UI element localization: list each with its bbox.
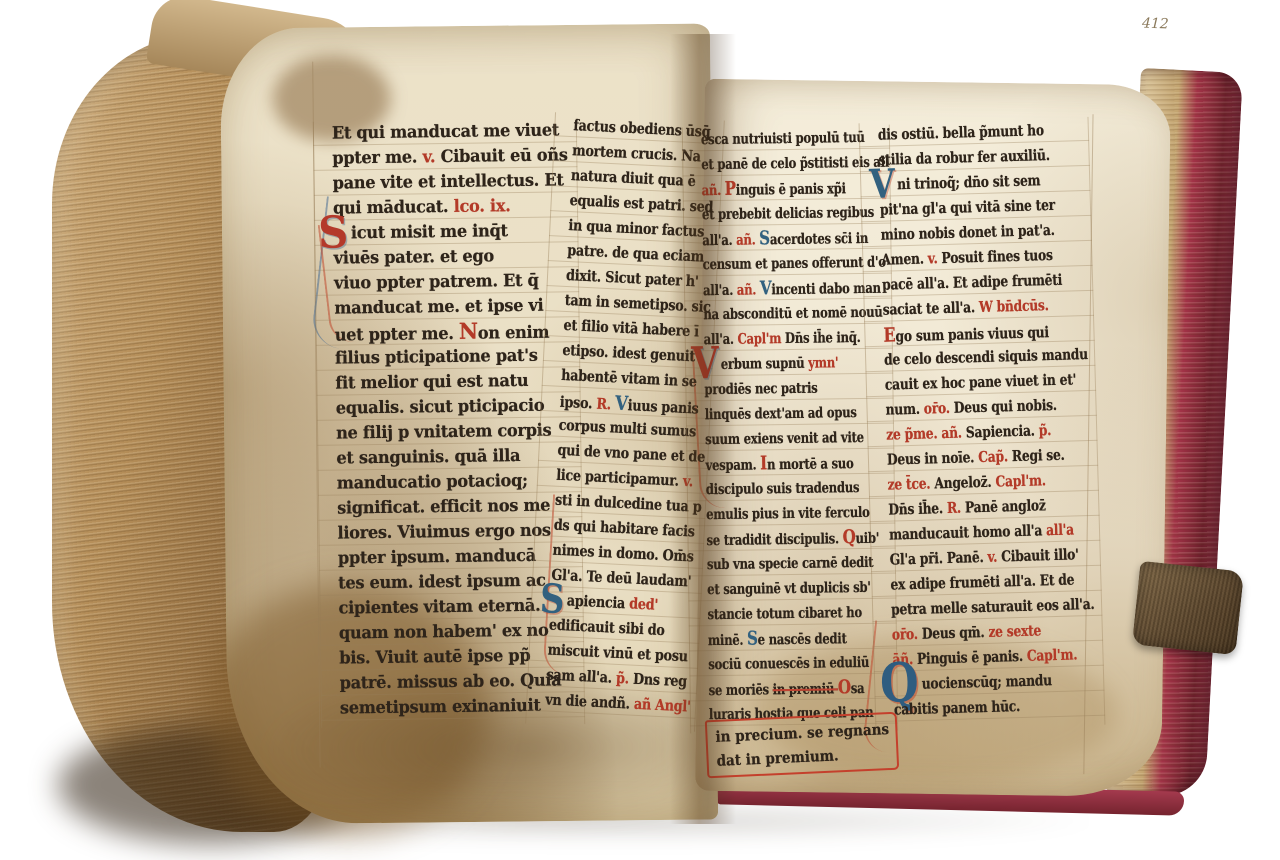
text-run: Amen. (881, 249, 928, 268)
folio-number: 412 (1142, 16, 1169, 33)
text-run: v. (422, 147, 440, 167)
text-run: ex adipe frumēti all'a. Et de (890, 570, 1074, 593)
text-run: significat. efficit nos me (337, 496, 550, 519)
text-run: Regi se. (1012, 446, 1065, 465)
text-run: lco. ix. (454, 196, 511, 217)
text-run: uet ppter me. (335, 324, 459, 346)
manuscript-line: uet ppter me. Non enim (335, 318, 567, 346)
text-run: Gl'a. Te deū laudam' (551, 566, 692, 591)
text-run: ded' (629, 594, 659, 613)
right-column-2: dis ostiū. bella p̃munt hostilia da robu… (859, 117, 1106, 731)
manuscript-line: na absconditū et nomē nouū (703, 300, 854, 327)
text-run: Capl'm (737, 330, 785, 348)
text-run: Q (880, 677, 919, 688)
manuscript-line: censum et panes offerunt d'o (703, 250, 854, 277)
text-run: V (691, 359, 718, 369)
manuscript-line: Et qui manducat me viuet (332, 118, 564, 146)
text-run: se tradidit discipulis. (706, 530, 842, 549)
text-run: qui māducat. (333, 197, 454, 219)
text-run: on enim (478, 323, 550, 344)
text-run: S (540, 594, 565, 605)
text-run: cabitis panem hūc. (894, 697, 1021, 719)
text-run: tes eum. idest ipsum ac (338, 571, 546, 594)
manuscript-line: sociū conuescēs in eduliū (708, 650, 859, 677)
text-run: sa (851, 680, 865, 697)
text-run: all'a (1046, 520, 1074, 539)
text-run: pane vite et intellectus. Et (333, 170, 564, 193)
text-run: erbum supnū (721, 355, 809, 373)
text-run: Q (842, 526, 855, 548)
text-run: W bn̄dcūs. (979, 296, 1049, 316)
text-run: lice participamur. (556, 466, 683, 490)
text-run: dat in premium. (716, 746, 839, 770)
text-run: n mortē a suo (767, 455, 854, 473)
text-run: Deus qm̄. (922, 623, 989, 643)
text-run: stilia da robur fer auxiliū. (878, 146, 1050, 169)
text-run: manducatio potacioq; (337, 471, 528, 494)
text-run: Et qui manducat me viuet (332, 120, 559, 143)
manuscript-line: Verbum supnū ymn' (704, 350, 855, 377)
text-run: ni trinoq̃; dn̄o sit sem (897, 171, 1041, 193)
text-run: natura diuit qua ē (571, 166, 696, 190)
text-run: v. (928, 249, 942, 267)
text-run: edificauit sibi do (549, 616, 665, 640)
text-run: ne filij p vnitatem corpis (336, 421, 551, 444)
text-run: p̃. (1038, 421, 1051, 439)
manuscript-line: fit melior qui est natu (335, 368, 567, 396)
text-run: apiencia (566, 591, 629, 612)
text-run: minē. (708, 632, 747, 650)
manuscript-line: se tradidit discipulis. Quib' (706, 525, 857, 552)
text-run: icut misit me inq̄t (351, 221, 508, 243)
text-run: filius pticipatione pat's (335, 346, 538, 369)
manuscript-line: sub vna specie carnē dedit (707, 550, 858, 577)
text-run: equalis. sicut pticipacio (336, 396, 545, 419)
manuscript-line: all'a. Capl'm Dn̄s ih̄e inq̄. (704, 325, 855, 352)
text-run: O (838, 676, 851, 698)
text-run: esca nutriuisti populū tuū (701, 129, 865, 148)
manuscript-line: añ. Pinguis ē panis xp̃i (701, 175, 852, 202)
manuscript-line: manducatio potacioq; (337, 468, 569, 496)
text-run: S (318, 228, 348, 238)
manuscript-line: suum exiens venit ad vite (705, 425, 856, 452)
text-run: pit'na gl'a qui vitā sine ter (880, 196, 1055, 219)
manuscript-line: minē. Se nascēs dedit (708, 625, 859, 652)
text-run: sociū conuescēs in eduliū (708, 654, 869, 673)
manuscript-line: ppter me. v. Cibauit eū oñs (332, 143, 564, 171)
text-run: R. (596, 395, 616, 414)
text-run: de celo descendi siquis mandu (884, 345, 1088, 369)
manuscript-line: manducat me. et ipse vi (334, 293, 566, 321)
manuscript-line: equalis. sicut pticipacio (336, 393, 568, 421)
text-run: Dn̄s ih̄e. (888, 499, 947, 519)
scribal-correction-box: in precium. se regnansdat in premium. (705, 712, 899, 779)
manuscript-photograph: Et qui manducat me viuetppter me. v. Cib… (0, 0, 1280, 860)
manuscript-line: et sanguinē vt duplicis sb' (707, 575, 858, 602)
text-run: ze t̄ce. (887, 474, 934, 493)
text-run: prodiēs nec patris (704, 380, 817, 399)
text-run: miscuit vinū et posu (547, 641, 688, 666)
text-run: V (760, 277, 772, 299)
text-run: qui de vno pane et de (557, 441, 705, 466)
text-run: inguis ē panis xp̃i (736, 180, 846, 199)
text-run: v. (987, 548, 1001, 566)
text-run: etipso. idest genuit (562, 341, 695, 365)
manuscript-line: esca nutriuisti populū tuū (701, 125, 852, 152)
text-run: corpus multi sumus (558, 416, 696, 441)
manuscript-line: discipulo suis tradendus (706, 475, 857, 502)
text-run: habentē vitam in se (561, 366, 697, 391)
text-run: Sapiencia. (966, 421, 1039, 441)
manuscript-line: linquēs dext'am ad opus (705, 400, 856, 427)
text-run: E (883, 323, 896, 346)
text-run: Pinguis ē panis. (917, 647, 1027, 668)
text-run: viuo ppter patrem. Et q̄ (334, 271, 539, 294)
text-run: cipientes vitam eternā. (338, 596, 540, 619)
text-run: mino nobis donet in pat'a. (880, 221, 1054, 244)
manuscript-line: vn die andñ. añ Angl' (545, 687, 674, 718)
text-run: quam non habem' ex no (339, 621, 549, 644)
text-run: uocienscūq; mandu (921, 671, 1052, 693)
text-run: discipulo suis tradendus (706, 479, 860, 498)
text-run: go sum panis viuus qui (895, 323, 1049, 345)
text-run: sam all'a. (546, 665, 616, 686)
text-run: V (869, 179, 894, 190)
text-run: S (747, 627, 758, 649)
manuscript-line: et panē de celo p̃stitisti eis all'a. (701, 150, 852, 177)
text-run: sub vna specie carnē dedit (707, 554, 874, 573)
text-run: manducauit homo all'a (889, 521, 1047, 543)
text-run: num. (885, 400, 924, 419)
text-run: ipso. (559, 393, 596, 413)
text-run: ppter me. (332, 147, 422, 168)
manuscript-line: all'a. añ. Vincenti dabo man (703, 275, 854, 302)
text-run: manducat me. et ipse vi (334, 296, 543, 319)
text-run: N (459, 319, 478, 345)
manuscript-line: et prebebit delicias regibus (702, 200, 853, 227)
text-run: censum et panes offerunt d'o (703, 254, 886, 274)
text-run: semetipsum exinaniuit (340, 696, 541, 719)
manuscript-line: et sanguinis. quā illa (336, 443, 568, 471)
text-run: añ. (736, 231, 759, 248)
text-run: et sanguinis. quā illa (336, 446, 520, 469)
text-run: R. (947, 499, 966, 517)
text-run: Capl'm. (1027, 645, 1078, 664)
text-run: Dn̄s ih̄e inq̄. (785, 329, 861, 347)
text-run: Cap̃. (978, 447, 1012, 466)
text-run: or̄o. (924, 399, 954, 418)
text-run: et filio vitā habere ī (563, 316, 699, 341)
manuscript-line: filius pticipatione pat's (335, 343, 567, 371)
text-run: cauit ex hoc pane viuet in et' (885, 370, 1077, 393)
text-run: acerdotes sc̄i in (770, 230, 869, 248)
text-run: all'a. (702, 232, 736, 249)
text-run: ppter ipsum. manducā (338, 546, 536, 569)
text-run: Gl'a pr̄i. Panē. (889, 548, 987, 569)
text-run: ymn' (808, 354, 838, 371)
manuscript-line: Sicut misit me inq̄t (333, 218, 565, 246)
text-run: V (615, 392, 629, 416)
text-run: sti in dulcedine tua p (555, 491, 702, 516)
text-run: fit melior qui est natu (335, 371, 528, 394)
manuscript-line: se moriēs in premiū Osa (708, 675, 859, 702)
text-run: vn die andñ. (545, 690, 634, 712)
manuscript-line: qui māducat. lco. ix. (333, 193, 565, 221)
text-run: P (725, 178, 736, 200)
text-run: petra melle saturauit eos all'a. (891, 595, 1095, 619)
text-run: et sanguinē vt duplicis sb' (707, 579, 871, 598)
manuscript-line: pane vite et intellectus. Et (332, 168, 564, 196)
text-run: p̃. (616, 669, 634, 688)
manuscript-line: cabitis panem hūc. (894, 693, 1067, 723)
manuscript-line: viuēs pater. et ego (334, 243, 566, 271)
text-run: añ. (702, 182, 725, 199)
manuscript-line: vespam. In mortē a suo (705, 450, 856, 477)
text-run: ze sexte (988, 621, 1041, 640)
manuscript-line: ne filij p vnitatem corpis (336, 418, 568, 446)
text-run: Dns reg (633, 670, 688, 691)
text-run: se moriēs (709, 681, 773, 699)
text-run: vespam. (705, 456, 760, 474)
text-run: ds qui habitare facis (553, 516, 695, 541)
text-run: e nascēs dedit (758, 630, 847, 648)
text-run: liores. Viuimus ergo nos (337, 521, 550, 544)
text-run: Panē angloz̄ (965, 496, 1046, 516)
text-run: nimes in domo. Om̄s (552, 541, 694, 566)
text-run: S (759, 227, 770, 249)
text-run: in premiū (773, 680, 838, 698)
text-run: emulis pius in vite ferculo (706, 504, 870, 523)
text-run: Deus in noīe. (887, 448, 979, 469)
text-run: Deus qui nobis. (954, 396, 1058, 417)
text-run: pacē all'a. Et adipe frumēti (882, 271, 1063, 294)
text-run: linquēs dext'am ad opus (705, 404, 857, 423)
manuscript-line: all'a. añ. Sacerdotes sc̄i in (702, 225, 853, 252)
leather-clasp-strap (1132, 561, 1244, 655)
text-run: et prebebit delicias regibus (702, 204, 874, 223)
text-run: añ. (737, 281, 760, 298)
text-run: Cibauit eū oñs (441, 145, 568, 167)
text-run: suum exiens venit ad vite (705, 429, 864, 448)
text-run: Capl'm. (995, 471, 1046, 490)
manuscript-line: viuo ppter patrem. Et q̄ (334, 268, 566, 296)
text-run: or̄o. (892, 625, 922, 644)
text-run: stancie totum cibaret ho (707, 604, 862, 623)
text-run: all'a. (703, 282, 737, 299)
text-run: Cibauit illo' (1001, 545, 1079, 565)
text-run: dixit. Sicut pater h' (566, 266, 699, 290)
text-run: dis ostiū. bella p̃munt ho (878, 121, 1044, 144)
text-run: saciat te all'a. (883, 298, 980, 319)
manuscript-line: prodiēs nec patris (704, 375, 855, 402)
text-run: añ Angl' (634, 695, 692, 716)
text-run: bis. Viuit autē ipse pp̃ (339, 646, 530, 669)
text-run: Angeloz̄. (934, 473, 996, 493)
text-run: viuēs pater. et ego (334, 246, 495, 268)
text-run: ze p̃me. añ. (886, 423, 966, 443)
manuscript-line: stancie totum cibaret ho (707, 600, 858, 627)
manuscript-line: emulis pius in vite ferculo (706, 500, 857, 527)
text-run: Posuit fines tuos (941, 246, 1053, 267)
text-run: na absconditū et nomē nouū (703, 304, 882, 324)
